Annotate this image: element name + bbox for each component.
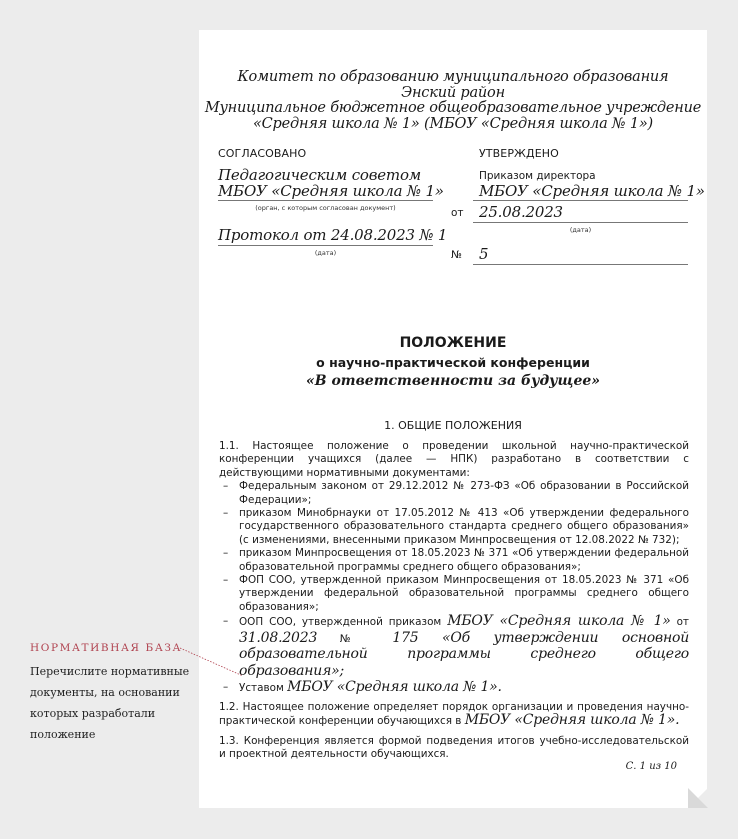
note-connector-line: [0, 0, 738, 839]
